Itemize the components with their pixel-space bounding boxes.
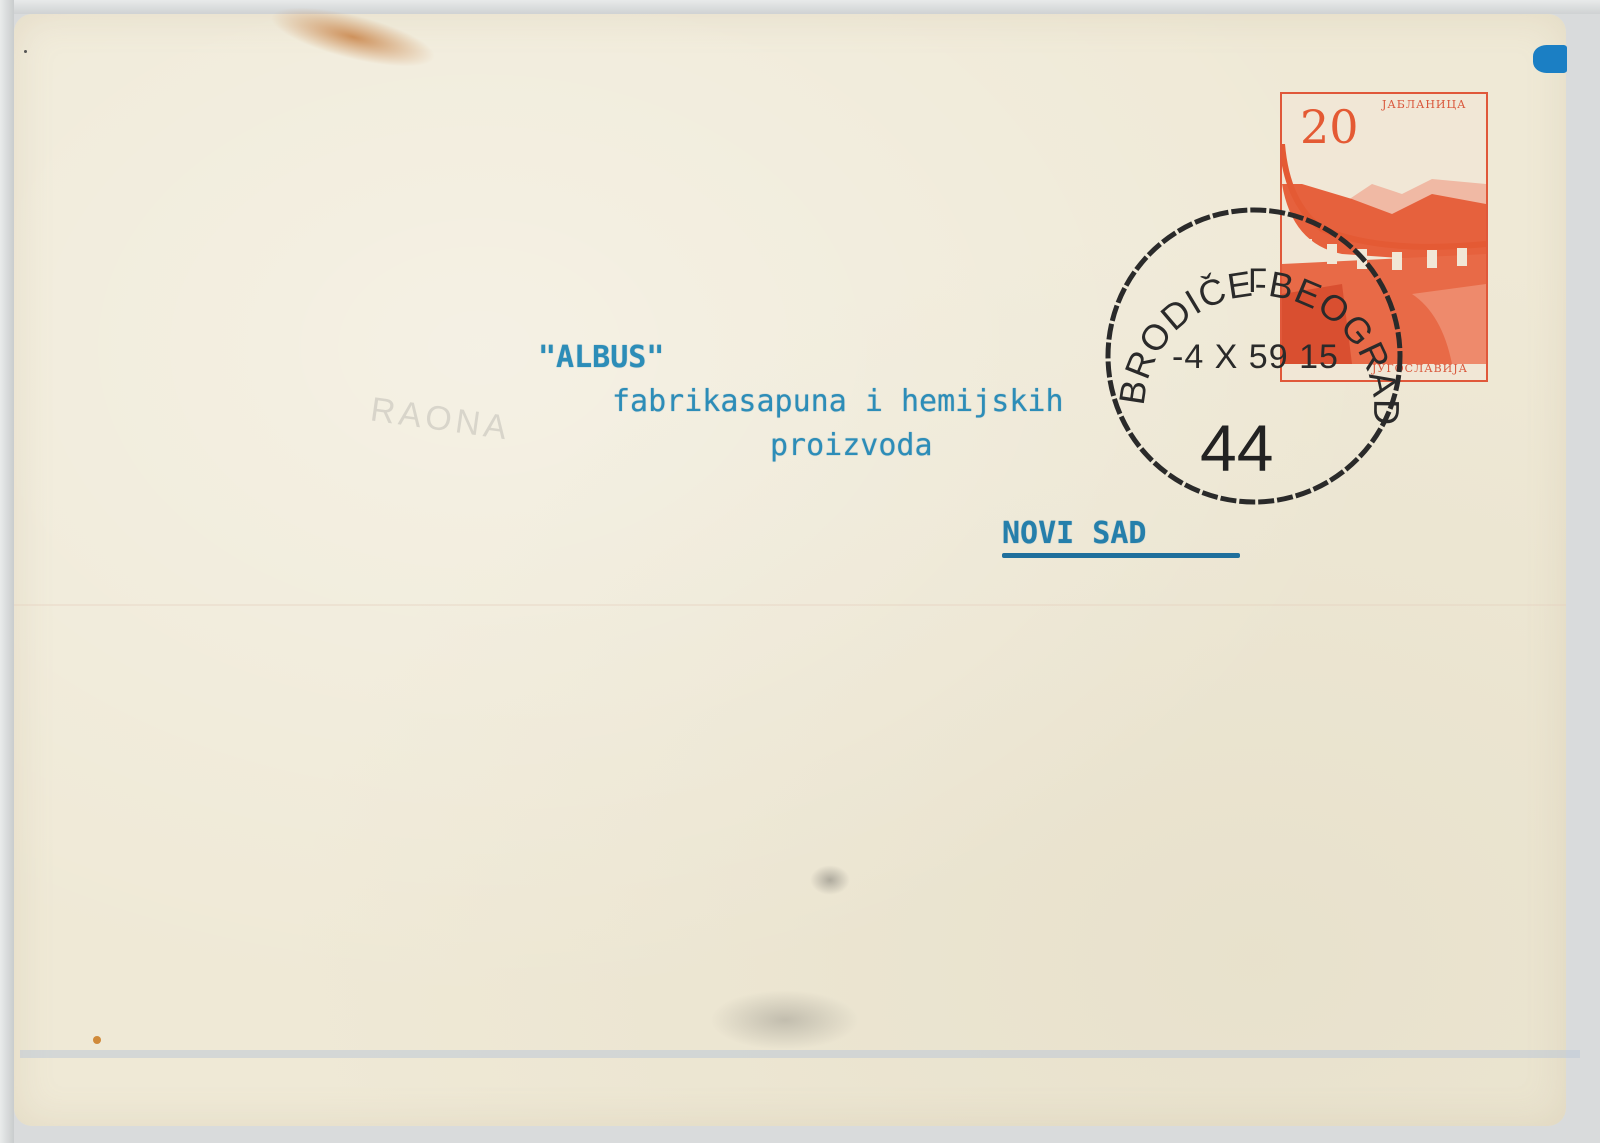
stamp-value: 20 [1300, 100, 1359, 154]
blue-clip [1533, 45, 1567, 73]
address-company: "ALBUS" [538, 340, 664, 375]
address-line-2: proizvoda [770, 428, 933, 463]
postmark-letter: Г [1248, 262, 1266, 301]
city-underline [1002, 553, 1240, 558]
address-line-1: fabrikasapuna i hemijskih [612, 384, 1064, 419]
stain-dot [93, 1036, 101, 1044]
sleeve-top-edge [0, 0, 1600, 14]
ink-smudge [710, 990, 860, 1050]
sleeve-fold-line [20, 1050, 1580, 1058]
postmark-number: 44 [1200, 410, 1273, 486]
stamp-place-name: ЈАБЛАНИЦА [1382, 98, 1466, 111]
address-city: NOVI SAD [1002, 516, 1147, 551]
postmark-date: -4 X 59 15 [1172, 338, 1339, 377]
ink-smudge [810, 865, 850, 895]
speck [24, 50, 27, 53]
sleeve-left-edge [0, 0, 14, 1143]
envelope-crease [14, 604, 1566, 606]
